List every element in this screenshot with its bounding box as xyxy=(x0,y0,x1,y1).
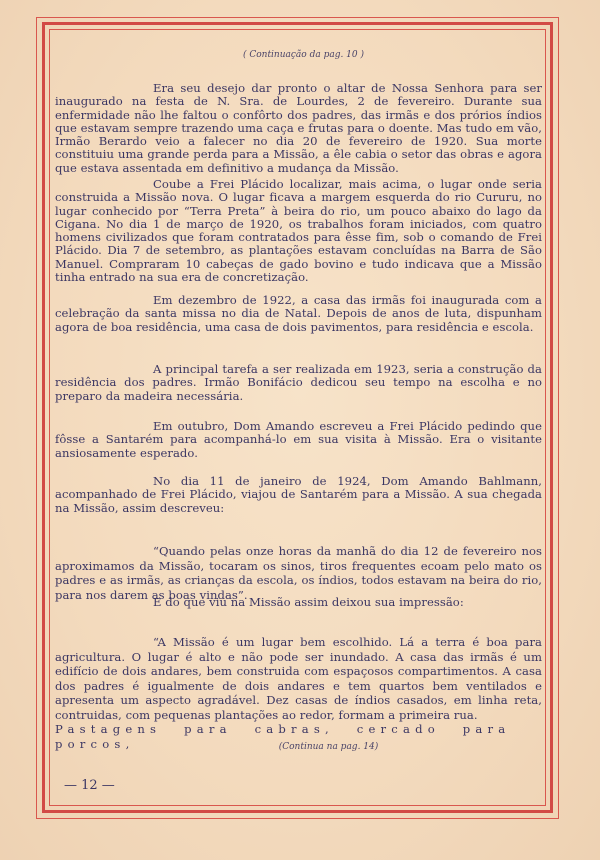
paragraph-text: Era seu desejo dar pronto o altar de Nos… xyxy=(55,81,542,175)
paragraph-text: A principal tarefa a ser realizada em 19… xyxy=(55,362,542,403)
continuation-header: ( Continuação da pag. 10 ) xyxy=(65,50,542,66)
continuation-footer: (Continua na pag. 14) xyxy=(55,742,542,752)
paragraph-text: “A Missão é um lugar bem escolhido. Lá a… xyxy=(55,635,542,722)
paragraph-text: E do que viu na Missão assim deixou sua … xyxy=(153,595,464,609)
paragraph-body: “A Missão é um lugar bem escolhido. Lá a… xyxy=(55,635,542,722)
paragraph: No dia 11 de janeiro de 1924, Dom Amando… xyxy=(55,475,542,515)
paragraph: Em dezembro de 1922, a casa das irmãs fo… xyxy=(55,294,542,334)
paragraph-text: Em outubro, Dom Amando escreveu a Frei P… xyxy=(55,419,542,460)
paragraph-text: Coube a Frei Plácido localizar, mais aci… xyxy=(55,177,542,284)
paragraph-text: No dia 11 de janeiro de 1924, Dom Amando… xyxy=(55,474,542,515)
paragraph: Era seu desejo dar pronto o altar de Nos… xyxy=(55,82,542,175)
paragraph-text: “Quando pelas onze horas da manhã do dia… xyxy=(55,544,542,602)
paragraph: Em outubro, Dom Amando escreveu a Frei P… xyxy=(55,420,542,460)
page-content: ( Continuação da pag. 10 ) Era seu desej… xyxy=(55,50,542,66)
paragraph-text: Em dezembro de 1922, a casa das irmãs fo… xyxy=(55,293,542,334)
quote-paragraph: “A Missão é um lugar bem escolhido. Lá a… xyxy=(55,635,542,751)
paragraph: A principal tarefa a ser realizada em 19… xyxy=(55,363,542,403)
quote-paragraph: “Quando pelas onze horas da manhã do dia… xyxy=(55,544,542,602)
paragraph: Coube a Frei Plácido localizar, mais aci… xyxy=(55,178,542,284)
page-number: — 12 — xyxy=(64,778,115,793)
paragraph: E do que viu na Missão assim deixou sua … xyxy=(55,596,542,609)
